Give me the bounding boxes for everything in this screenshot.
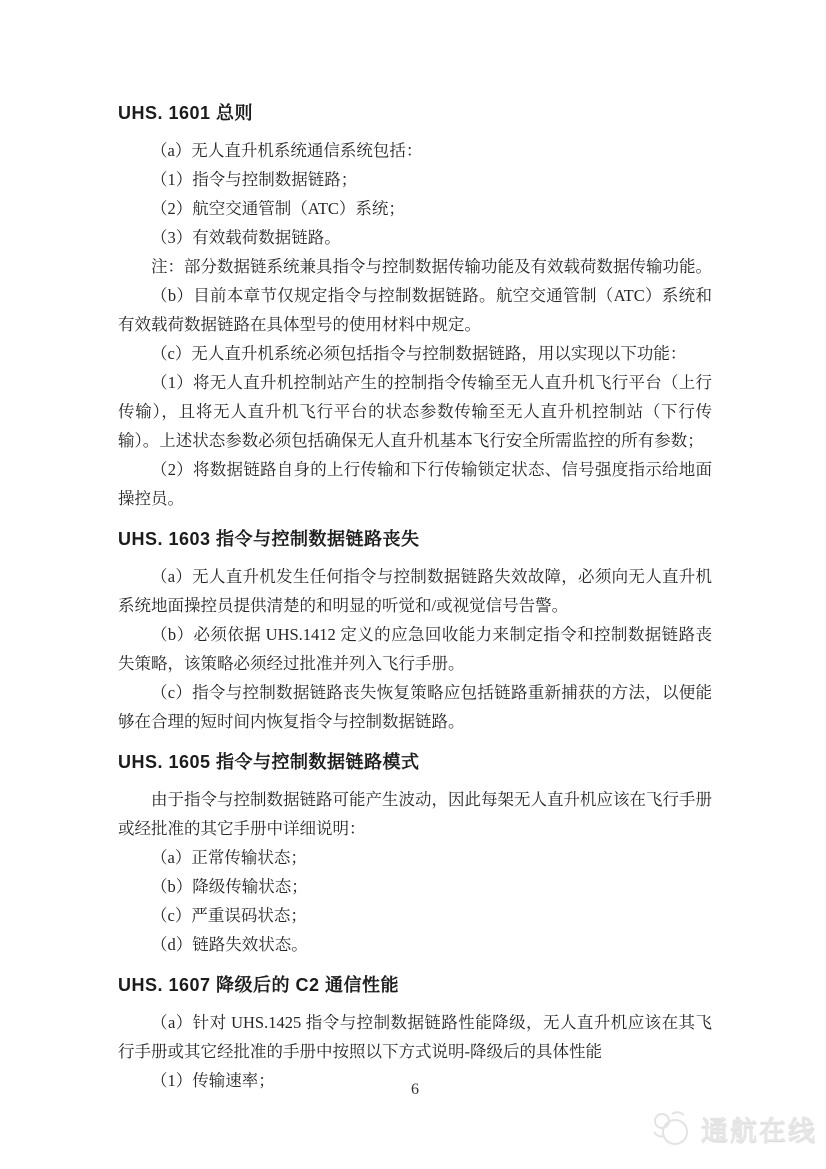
- paragraph: （2）航空交通管制（ATC）系统；: [118, 194, 712, 223]
- paragraph: （a）针对 UHS.1425 指令与控制数据链路性能降级，无人直升机应该在其飞行…: [118, 1008, 712, 1066]
- paragraph: （a）无人直升机系统通信系统包括：: [118, 136, 712, 165]
- paragraph: （a）无人直升机发生任何指令与控制数据链路失效故障，必须向无人直升机系统地面操控…: [118, 562, 712, 620]
- note-paragraph: 注：部分数据链系统兼具指令与控制数据传输功能及有效载荷数据传输功能。: [118, 252, 712, 281]
- paragraph: （2）将数据链路自身的上行传输和下行传输锁定状态、信号强度指示给地面操控员。: [118, 455, 712, 513]
- section-heading: UHS. 1601 总则: [118, 99, 712, 128]
- section-uhs-1605: UHS. 1605 指令与控制数据链路模式 由于指令与控制数据链路可能产生波动，…: [118, 748, 712, 959]
- watermark-logo-icon: [648, 1106, 696, 1150]
- watermark-text: 通航在线: [701, 1109, 817, 1148]
- section-heading: UHS. 1605 指令与控制数据链路模式: [118, 748, 712, 777]
- paragraph: （b）必须依据 UHS.1412 定义的应急回收能力来制定指令和控制数据链路丧失…: [118, 620, 712, 678]
- paragraph: （b）降级传输状态；: [118, 872, 712, 901]
- paragraph: （c）无人直升机系统必须包括指令与控制数据链路，用以实现以下功能：: [118, 339, 712, 368]
- paragraph: （d）链路失效状态。: [118, 930, 712, 959]
- document-page: UHS. 1601 总则 （a）无人直升机系统通信系统包括： （1）指令与控制数…: [0, 0, 826, 1169]
- page-number: 6: [118, 1081, 712, 1099]
- paragraph: （a）正常传输状态；: [118, 843, 712, 872]
- paragraph: （1）将无人直升机控制站产生的控制指令传输至无人直升机飞行平台（上行传输），且将…: [118, 368, 712, 455]
- section-uhs-1601: UHS. 1601 总则 （a）无人直升机系统通信系统包括： （1）指令与控制数…: [118, 99, 712, 513]
- watermark: 通航在线: [648, 1106, 817, 1150]
- paragraph: 由于指令与控制数据链路可能产生波动，因此每架无人直升机应该在飞行手册或经批准的其…: [118, 785, 712, 843]
- paragraph: （c）指令与控制数据链路丧失恢复策略应包括链路重新捕获的方法，以便能够在合理的短…: [118, 678, 712, 736]
- section-heading: UHS. 1603 指令与控制数据链路丧失: [118, 525, 712, 554]
- paragraph: （c）严重误码状态；: [118, 901, 712, 930]
- section-heading: UHS. 1607 降级后的 C2 通信性能: [118, 971, 712, 1000]
- section-uhs-1603: UHS. 1603 指令与控制数据链路丧失 （a）无人直升机发生任何指令与控制数…: [118, 525, 712, 736]
- document-content: UHS. 1601 总则 （a）无人直升机系统通信系统包括： （1）指令与控制数…: [118, 99, 712, 1095]
- paragraph: （3）有效载荷数据链路。: [118, 223, 712, 252]
- paragraph: （1）指令与控制数据链路；: [118, 165, 712, 194]
- section-uhs-1607: UHS. 1607 降级后的 C2 通信性能 （a）针对 UHS.1425 指令…: [118, 971, 712, 1095]
- paragraph: （b）目前本章节仅规定指令与控制数据链路。航空交通管制（ATC）系统和有效载荷数…: [118, 281, 712, 339]
